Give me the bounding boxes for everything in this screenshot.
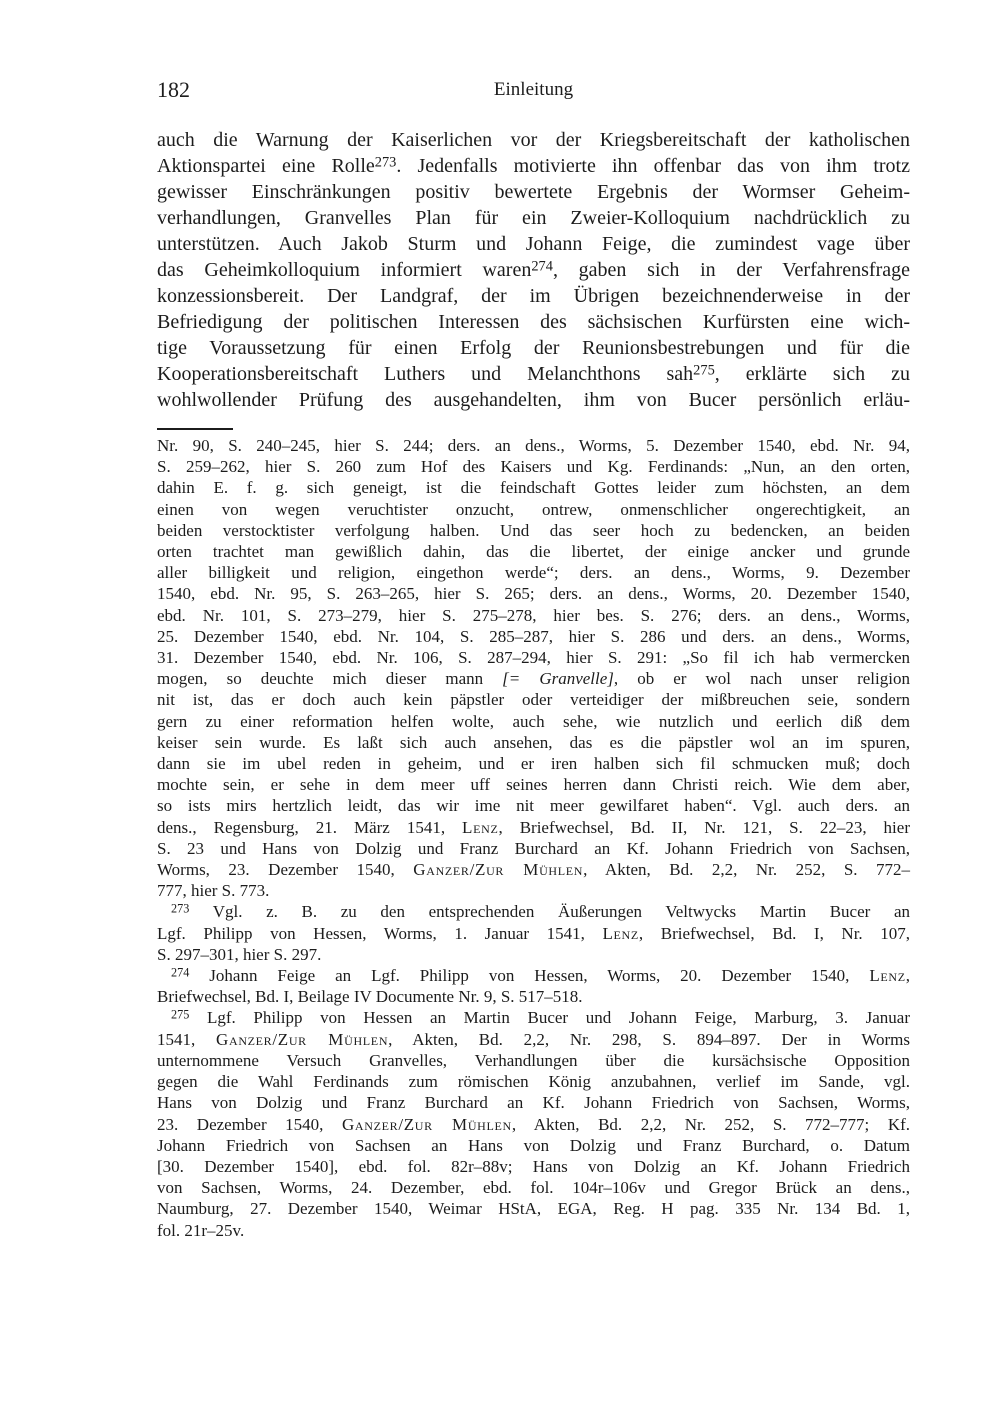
body-line: wohlwollender Prüfung des ausgehandelten… — [157, 387, 910, 413]
footnote-line: 1540, ebd. Nr. 95, S. 263–265, hier S. 2… — [157, 583, 910, 604]
footnote-line: beiden verstocktister verfolgung halben.… — [157, 520, 910, 541]
footnote-line: 31. Dezember 1540, ebd. Nr. 106, S. 287–… — [157, 647, 910, 668]
text-run: gewisser Einschränkungen positiv bewerte… — [157, 181, 910, 203]
footnote-block-273: 273 Vgl. z. B. zu den entsprechenden Äuß… — [157, 901, 910, 965]
body-line: gewisser Einschränkungen positiv bewerte… — [157, 179, 910, 205]
text-run: 31. Dezember 1540, ebd. Nr. 106, S. 287–… — [157, 648, 910, 667]
text-run: keiser sein wurde. Es laßt sich auch ans… — [157, 733, 910, 752]
text-run: , Akten, Bd. 2,2, Nr. 252, S. 772– — [583, 860, 910, 879]
text-run: so ists mirs hertzlich leidt, das wir im… — [157, 796, 910, 815]
author-name-smallcaps: Ganzer/Zur Mühlen — [216, 1030, 388, 1049]
footnote-line: mochte sein, er sehe in dem meer uff sei… — [157, 774, 910, 795]
text-run: mochte sein, er sehe in dem meer uff sei… — [157, 775, 910, 794]
text-run: S. 259–262, hier S. 260 zum Hof des Kais… — [157, 457, 910, 476]
text-run: , erklärte sich zu — [715, 363, 910, 385]
text-run: von Sachsen, Worms, 24. Dezember, ebd. f… — [157, 1178, 910, 1197]
text-run: Johann Feige an Lgf. Philipp von Hessen,… — [189, 966, 869, 985]
footnote-ref-number: 275 — [693, 363, 715, 379]
body-paragraph: auch die Warnung der Kaiserlichen vor de… — [157, 127, 910, 413]
text-run: das Geheimkolloquium informiert waren — [157, 259, 531, 281]
footnote-block-continuation: Nr. 90, S. 240–245, hier S. 244; ders. a… — [157, 435, 910, 901]
footnote-line: keiser sein wurde. Es laßt sich auch ans… — [157, 732, 910, 753]
footnote-line: gern zu einer reformation helfen wolte, … — [157, 711, 910, 732]
body-line: tige Voraussetzung für einen Erfolg der … — [157, 335, 910, 361]
footnote-line: 275 Lgf. Philipp von Hessen an Martin Bu… — [157, 1007, 910, 1028]
footnote-line: orten trachtet man gewißlich dahin, das … — [157, 541, 910, 562]
footnote-ref-number: 273 — [375, 155, 397, 171]
footnote-line: dens., Regensburg, 21. März 1541, Lenz, … — [157, 817, 910, 838]
body-line: das Geheimkolloquium informiert waren274… — [157, 257, 910, 283]
footnote-line: fol. 21r–25v. — [157, 1220, 910, 1241]
body-line: Befriedigung der politischen Interessen … — [157, 309, 910, 335]
footnote-line: 1541, Ganzer/Zur Mühlen, Akten, Bd. 2,2,… — [157, 1029, 910, 1050]
text-run: . Jedenfalls motivierte ihn offenbar das… — [396, 155, 910, 177]
text-run: 1540, ebd. Nr. 95, S. 263–265, hier S. 2… — [157, 584, 910, 603]
text-run: Johann Friedrich von Sachsen an Hans von… — [157, 1136, 910, 1155]
footnote-line: aller billigkeit und religion, eingethon… — [157, 562, 910, 583]
text-column: 182 Einleitung auch die Warnung der Kais… — [157, 0, 910, 1241]
text-run: orten trachtet man gewißlich dahin, das … — [157, 542, 910, 561]
footnote-line: 274 Johann Feige an Lgf. Philipp von Hes… — [157, 965, 910, 986]
text-run: S. 23 und Hans von Dolzig und Franz Burc… — [157, 839, 910, 858]
text-run: , Briefwechsel, Bd. I, Nr. 107, — [639, 924, 910, 943]
text-run: wohlwollender Prüfung des ausgehandelten… — [157, 389, 910, 411]
text-run: Lgf. Philipp von Hessen, Worms, 1. Janua… — [157, 924, 602, 943]
text-run: Nr. 90, S. 240–245, hier S. 244; ders. a… — [157, 436, 910, 455]
footnote-line: S. 297–301, hier S. 297. — [157, 944, 910, 965]
footnote-line: Naumburg, 27. Dezember 1540, Weimar HStA… — [157, 1198, 910, 1219]
footnote-separator — [157, 428, 233, 430]
editorial-insertion-italic: [= Granvelle] — [502, 669, 614, 688]
footnote-line: von Sachsen, Worms, 24. Dezember, ebd. f… — [157, 1177, 910, 1198]
body-line: verhandlungen, Granvelles Plan für ein Z… — [157, 205, 910, 231]
footnote-line: ebd. Nr. 101, S. 273–279, hier S. 275–27… — [157, 605, 910, 626]
footnote-line: 777, hier S. 773. — [157, 880, 910, 901]
footnote-line: Hans von Dolzig und Franz Burchard an Kf… — [157, 1092, 910, 1113]
text-run: 25. Dezember 1540, ebd. Nr. 104, S. 285–… — [157, 627, 910, 646]
footnote-line: so ists mirs hertzlich leidt, das wir im… — [157, 795, 910, 816]
text-run: Hans von Dolzig und Franz Burchard an Kf… — [157, 1093, 910, 1112]
footnote-ref-number: 274 — [171, 965, 189, 979]
text-run: konzessionsbereit. Der Landgraf, der im … — [157, 285, 910, 307]
footnote-line: Johann Friedrich von Sachsen an Hans von… — [157, 1135, 910, 1156]
text-run: Naumburg, 27. Dezember 1540, Weimar HStA… — [157, 1199, 910, 1218]
text-run: gegen die Wahl Ferdinands zum römischen … — [157, 1072, 910, 1091]
footnote-ref-number: 273 — [171, 902, 189, 916]
text-run: unterstützen. Auch Jakob Sturm und Johan… — [157, 233, 910, 255]
text-run: ebd. Nr. 101, S. 273–279, hier S. 275–27… — [157, 606, 910, 625]
text-run: 23. Dezember 1540, — [157, 1115, 342, 1134]
text-run: Aktionspartei eine Rolle — [157, 155, 375, 177]
footnote-line: mogen, so deuchte mich dieser mann [= Gr… — [157, 668, 910, 689]
footnote-line: unternommene Versuch Granvelles, Verhand… — [157, 1050, 910, 1071]
text-run: verhandlungen, Granvelles Plan für ein Z… — [157, 207, 910, 229]
footnote-line: 25. Dezember 1540, ebd. Nr. 104, S. 285–… — [157, 626, 910, 647]
text-run: , — [906, 966, 910, 985]
text-run: [30. Dezember 1540], ebd. fol. 82r–88v; … — [157, 1157, 910, 1176]
footnote-line: Worms, 23. Dezember 1540, Ganzer/Zur Müh… — [157, 859, 910, 880]
author-name-smallcaps: Ganzer/Zur Mühlen — [342, 1115, 512, 1134]
text-run: auch die Warnung der Kaiserlichen vor de… — [157, 129, 910, 151]
text-run: dahin E. f. g. sich geneigt, ist die fei… — [157, 478, 910, 497]
text-run: mogen, so deuchte mich dieser mann — [157, 669, 502, 688]
author-name-smallcaps: Lenz — [602, 924, 638, 943]
page-number: 182 — [157, 76, 190, 103]
footnote-block-274: 274 Johann Feige an Lgf. Philipp von Hes… — [157, 965, 910, 1007]
footnote-line: Lgf. Philipp von Hessen, Worms, 1. Janua… — [157, 923, 910, 944]
body-line: konzessionsbereit. Der Landgraf, der im … — [157, 283, 910, 309]
text-run: tige Voraussetzung für einen Erfolg der … — [157, 337, 910, 359]
body-line: Kooperationsbereitschaft Luthers und Mel… — [157, 361, 910, 387]
text-run: einen von wegen veruchtister onzucht, on… — [157, 500, 910, 519]
footnote-line: 23. Dezember 1540, Ganzer/Zur Mühlen, Ak… — [157, 1114, 910, 1135]
body-line: unterstützen. Auch Jakob Sturm und Johan… — [157, 231, 910, 257]
footnote-line: dann sie im ubel reden in geheim, und er… — [157, 753, 910, 774]
footnote-line: Briefwechsel, Bd. I, Beilage IV Document… — [157, 986, 910, 1007]
text-run: , Akten, Bd. 2,2, Nr. 298, S. 894–897. D… — [388, 1030, 910, 1049]
text-run: Worms, 23. Dezember 1540, — [157, 860, 413, 879]
text-run: Briefwechsel, Bd. I, Beilage IV Document… — [157, 987, 583, 1006]
text-run: Lgf. Philipp von Hessen an Martin Bucer … — [189, 1008, 910, 1027]
author-name-smallcaps: Ganzer/Zur Mühlen — [413, 860, 583, 879]
author-name-smallcaps: Lenz — [869, 966, 905, 985]
book-page: 182 Einleitung auch die Warnung der Kais… — [0, 0, 1004, 1418]
body-line: Aktionspartei eine Rolle273. Jedenfalls … — [157, 153, 910, 179]
footnote-line: dahin E. f. g. sich geneigt, ist die fei… — [157, 477, 910, 498]
footnote-ref-number: 274 — [531, 259, 553, 275]
text-run: dens., Regensburg, 21. März 1541, — [157, 818, 462, 837]
footnote-line: einen von wegen veruchtister onzucht, on… — [157, 499, 910, 520]
footnote-line: S. 259–262, hier S. 260 zum Hof des Kais… — [157, 456, 910, 477]
footnote-line: Nr. 90, S. 240–245, hier S. 244; ders. a… — [157, 435, 910, 456]
running-head: Einleitung — [157, 76, 910, 103]
text-run: , gaben sich in der Verfahrensfrage — [553, 259, 910, 281]
footnote-line: gegen die Wahl Ferdinands zum römischen … — [157, 1071, 910, 1092]
text-run: Befriedigung der politischen Interessen … — [157, 311, 910, 333]
text-run: gern zu einer reformation helfen wolte, … — [157, 712, 910, 731]
footnote-block-275: 275 Lgf. Philipp von Hessen an Martin Bu… — [157, 1007, 910, 1240]
text-run: , ob er wol nach unser religion — [614, 669, 910, 688]
text-run: beiden verstocktister verfolgung halben.… — [157, 521, 910, 540]
page-header: 182 Einleitung — [157, 76, 910, 103]
text-run: , Briefwechsel, Bd. II, Nr. 121, S. 22–2… — [498, 818, 910, 837]
text-run: , Akten, Bd. 2,2, Nr. 252, S. 772–777; K… — [512, 1115, 910, 1134]
text-run: Vgl. z. B. zu den entsprechenden Äußerun… — [189, 902, 910, 921]
author-name-smallcaps: Lenz — [462, 818, 498, 837]
text-run: 1541, — [157, 1030, 216, 1049]
text-run: dann sie im ubel reden in geheim, und er… — [157, 754, 910, 773]
footnote-line: nit ist, das er doch auch kein päpstler … — [157, 689, 910, 710]
footnote-area: Nr. 90, S. 240–245, hier S. 244; ders. a… — [157, 435, 910, 1241]
text-run: unternommene Versuch Granvelles, Verhand… — [157, 1051, 910, 1070]
text-run: aller billigkeit und religion, eingethon… — [157, 563, 910, 582]
footnote-line: 273 Vgl. z. B. zu den entsprechenden Äuß… — [157, 901, 910, 922]
text-run: 777, hier S. 773. — [157, 881, 269, 900]
text-run: fol. 21r–25v. — [157, 1221, 244, 1240]
footnote-ref-number: 275 — [171, 1008, 189, 1022]
body-line: auch die Warnung der Kaiserlichen vor de… — [157, 127, 910, 153]
footnote-line: [30. Dezember 1540], ebd. fol. 82r–88v; … — [157, 1156, 910, 1177]
text-run: Kooperationsbereitschaft Luthers und Mel… — [157, 363, 693, 385]
footnote-line: S. 23 und Hans von Dolzig und Franz Burc… — [157, 838, 910, 859]
text-run: S. 297–301, hier S. 297. — [157, 945, 321, 964]
text-run: nit ist, das er doch auch kein päpstler … — [157, 690, 910, 709]
